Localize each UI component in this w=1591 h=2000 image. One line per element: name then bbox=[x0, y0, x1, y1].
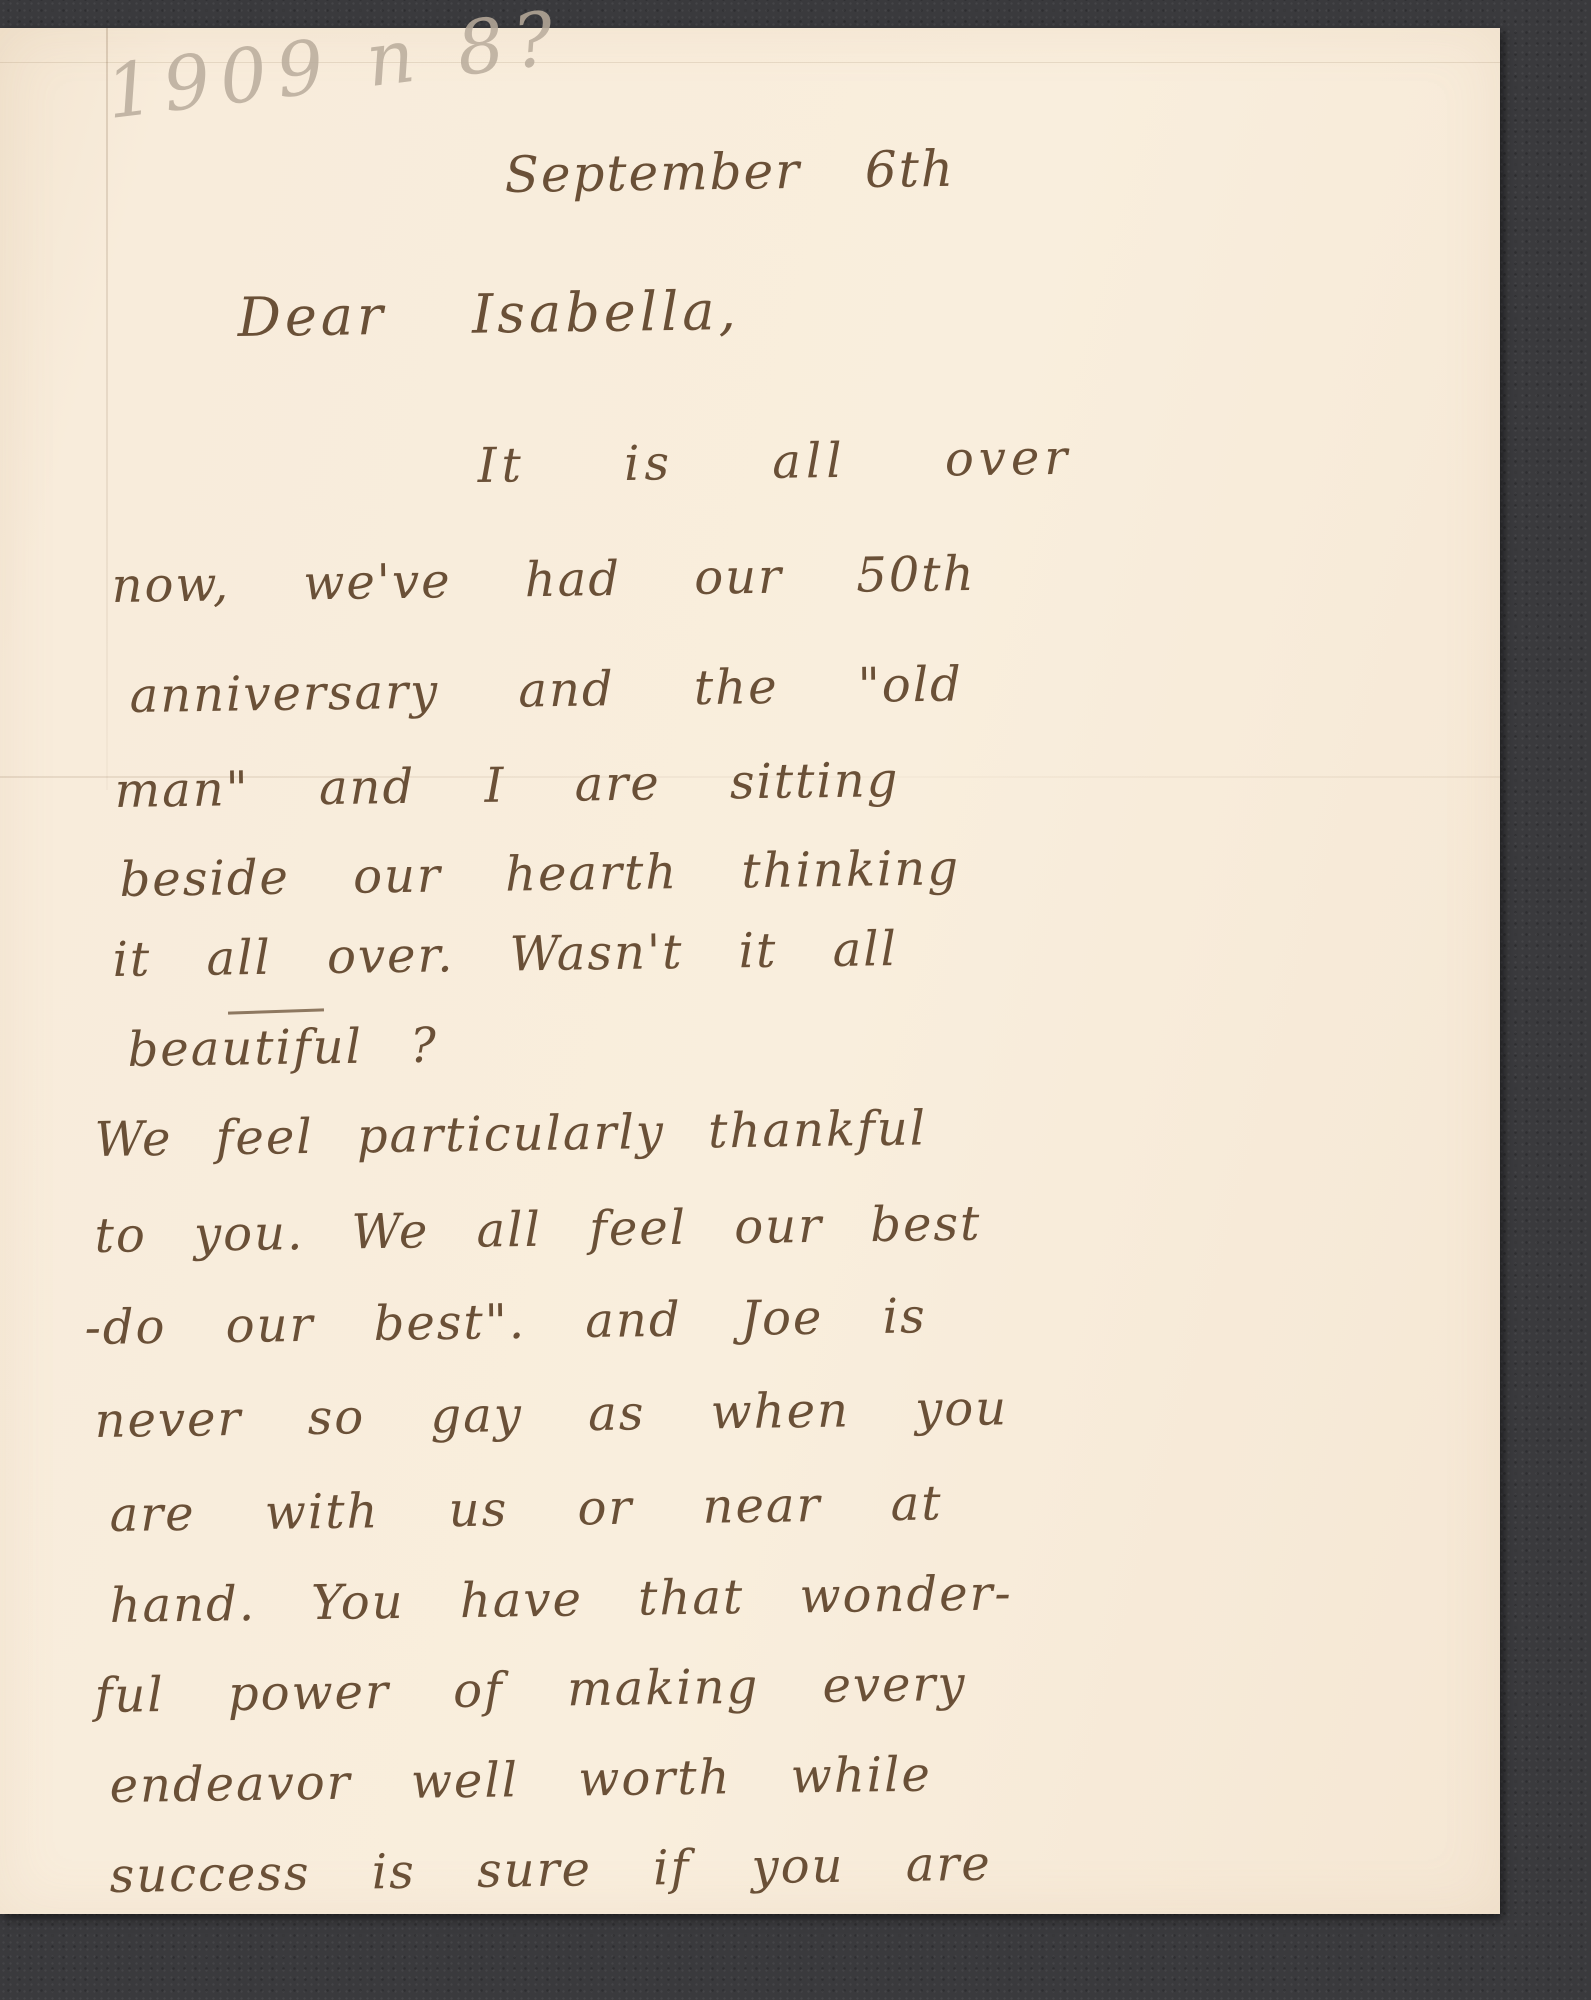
body-line: success is sure if you are bbox=[109, 1836, 992, 1904]
body-line: We feel particularly thankful bbox=[94, 1100, 927, 1168]
scan-background: 1909 n 8? September 6th Dear Isabella, I… bbox=[0, 0, 1591, 2000]
pencil-annotation: 1909 n 8? bbox=[102, 0, 569, 136]
letter-paper: 1909 n 8? September 6th Dear Isabella, I… bbox=[0, 28, 1500, 1914]
body-line: it all over. Wasn't it all bbox=[112, 921, 898, 988]
date-line: September 6th bbox=[504, 140, 955, 204]
body-line: hand. You have that wonder- bbox=[109, 1565, 1013, 1634]
body-line: man" and I are sitting bbox=[114, 752, 900, 819]
body-line: beautiful ? bbox=[127, 1018, 438, 1078]
body-line: to you. We all feel our best bbox=[94, 1196, 982, 1264]
body-line: endeavor well worth while bbox=[109, 1747, 932, 1814]
body-line: beside our hearth thinking bbox=[119, 840, 960, 908]
ink-underline-mark bbox=[228, 1008, 324, 1014]
body-line: anniversary and the "old bbox=[129, 656, 963, 724]
body-line: It is all over bbox=[477, 430, 1072, 494]
body-line: are with us or near at bbox=[109, 1475, 943, 1543]
body-line: -do our best". and Joe is bbox=[84, 1288, 927, 1356]
body-line: ful power of making every bbox=[94, 1656, 967, 1724]
body-line: never so gay as when you bbox=[94, 1380, 1008, 1449]
paper-vertical-crease bbox=[106, 28, 108, 790]
salutation-line: Dear Isabella, bbox=[237, 279, 740, 349]
body-line: now, we've had our 50th bbox=[111, 546, 976, 614]
